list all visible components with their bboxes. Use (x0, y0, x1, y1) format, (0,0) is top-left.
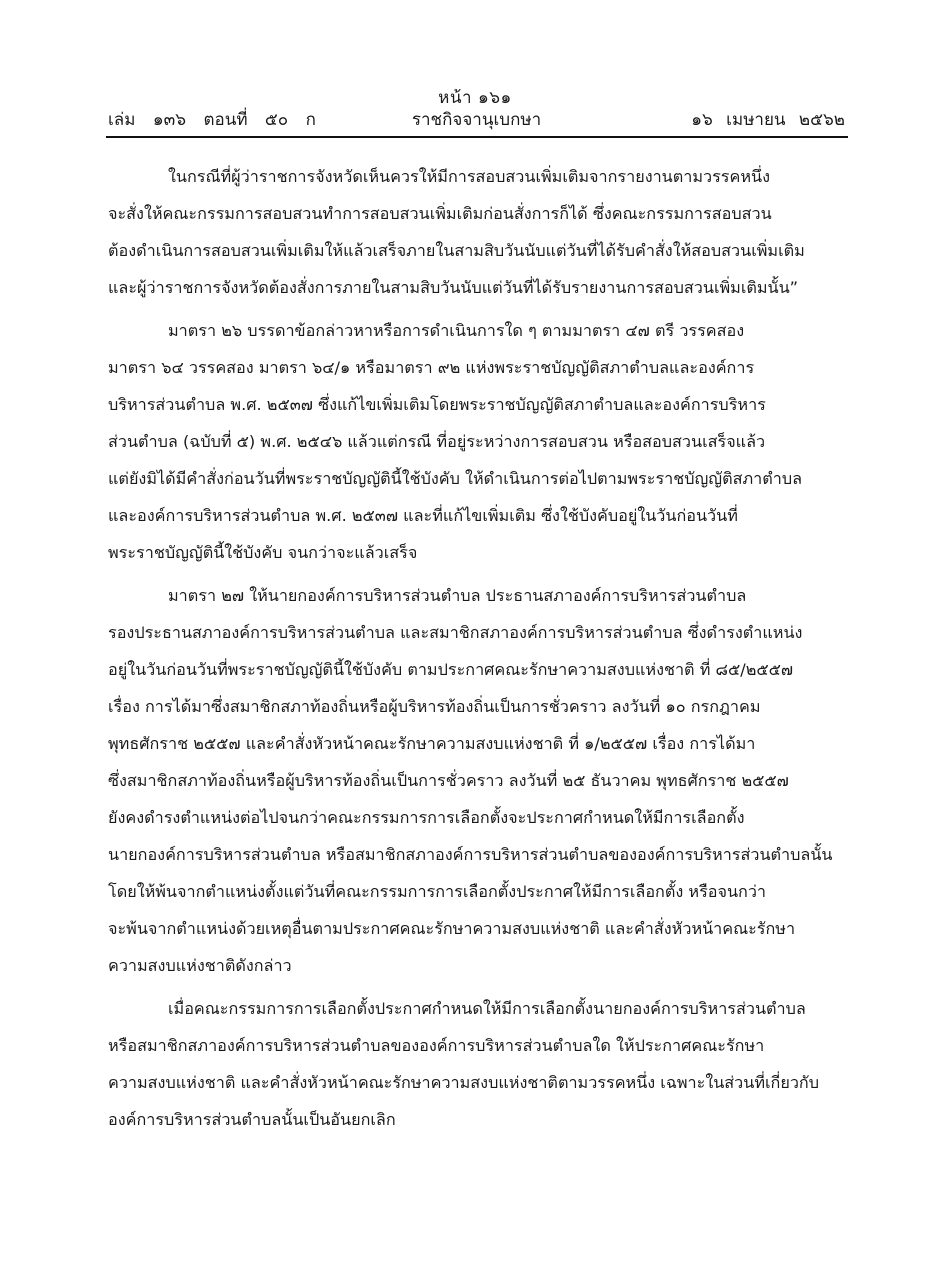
publication-date: ๑๖ เมษายน ๒๕๖๒ (691, 106, 845, 133)
text-line: เรื่อง การได้มาซึ่งสมาชิกสภาท้องถิ่นหรือ… (108, 688, 845, 725)
text-line: หรือสมาชิกสภาองค์การบริหารส่วนตำบลขององค… (108, 1027, 845, 1064)
text-line: รองประธานสภาองค์การบริหารส่วนตำบล และสมา… (108, 614, 845, 651)
text-line: แต่ยังมิได้มีคำสั่งก่อนวันที่พระราชบัญญั… (108, 460, 845, 497)
text-line: มาตรา ๖๔ วรรคสอง มาตรา ๖๔/๑ หรือมาตรา ๙๒… (108, 349, 845, 386)
section-27-paragraph-2: เมื่อคณะกรรมการการเลือกตั้งประกาศกำหนดให… (108, 990, 845, 1138)
text-line: โดยให้พ้นจากตำแหน่งตั้งแต่วันที่คณะกรรมก… (108, 873, 845, 910)
text-line: ซึ่งสมาชิกสภาท้องถิ่นหรือผู้บริหารท้องถิ… (108, 762, 845, 799)
text-line: จะสั่งให้คณะกรรมการสอบสวนทำการสอบสวนเพิ่… (108, 195, 845, 232)
text-line: ความสงบแห่งชาติ และคำสั่งหัวหน้าคณะรักษา… (108, 1064, 845, 1101)
text-line: พุทธศักราช ๒๕๕๗ และคำสั่งหัวหน้าคณะรักษา… (108, 725, 845, 762)
text-line: บริหารส่วนตำบล พ.ศ. ๒๕๓๗ ซึ่งแก้ไขเพิ่มเ… (108, 386, 845, 423)
section-26: มาตรา ๒๖ บรรดาข้อกล่าวหาหรือการดำเนินการ… (108, 312, 845, 571)
text-line: มาตรา ๒๖ บรรดาข้อกล่าวหาหรือการดำเนินการ… (108, 312, 845, 349)
document-body: ในกรณีที่ผู้ว่าราชการจังหวัดเห็นควรให้มี… (108, 158, 845, 1138)
text-line: และองค์การบริหารส่วนตำบล พ.ศ. ๒๕๓๗ และที… (108, 497, 845, 534)
text-line: ความสงบแห่งชาติดังกล่าว (108, 947, 845, 984)
text-line: ยังคงดำรงตำแหน่งต่อไปจนกว่าคณะกรรมการการ… (108, 799, 845, 836)
gazette-header: เล่ม ๑๓๖ ตอนที่ ๕๐ ก ราชกิจจานุเบกษา ๑๖ … (108, 106, 845, 132)
section-27: มาตรา ๒๗ ให้นายกองค์การบริหารส่วนตำบล ปร… (108, 577, 845, 984)
paragraph-1: ในกรณีที่ผู้ว่าราชการจังหวัดเห็นควรให้มี… (108, 158, 845, 306)
text-line: ในกรณีที่ผู้ว่าราชการจังหวัดเห็นควรให้มี… (108, 158, 845, 195)
text-line: จะพ้นจากตำแหน่งด้วยเหตุอื่นตามประกาศคณะร… (108, 910, 845, 947)
text-line: ส่วนตำบล (ฉบับที่ ๕) พ.ศ. ๒๕๔๖ แล้วแต่กร… (108, 423, 845, 460)
text-line: นายกองค์การบริหารส่วนตำบล หรือสมาชิกสภาอ… (108, 836, 845, 873)
text-line: องค์การบริหารส่วนตำบลนั้นเป็นอันยกเลิก (108, 1101, 845, 1138)
text-line: ต้องดำเนินการสอบสวนเพิ่มเติมให้แล้วเสร็จ… (108, 232, 845, 269)
text-line: พระราชบัญญัตินี้ใช้บังคับ จนกว่าจะแล้วเส… (108, 534, 845, 571)
text-line: อยู่ในวันก่อนวันที่พระราชบัญญัตินี้ใช้บั… (108, 651, 845, 688)
header-rule (106, 136, 848, 138)
text-line: และผู้ว่าราชการจังหวัดต้องสั่งการภายในสา… (108, 269, 845, 306)
text-line: มาตรา ๒๗ ให้นายกองค์การบริหารส่วนตำบล ปร… (108, 577, 845, 614)
text-line: เมื่อคณะกรรมการการเลือกตั้งประกาศกำหนดให… (108, 990, 845, 1027)
